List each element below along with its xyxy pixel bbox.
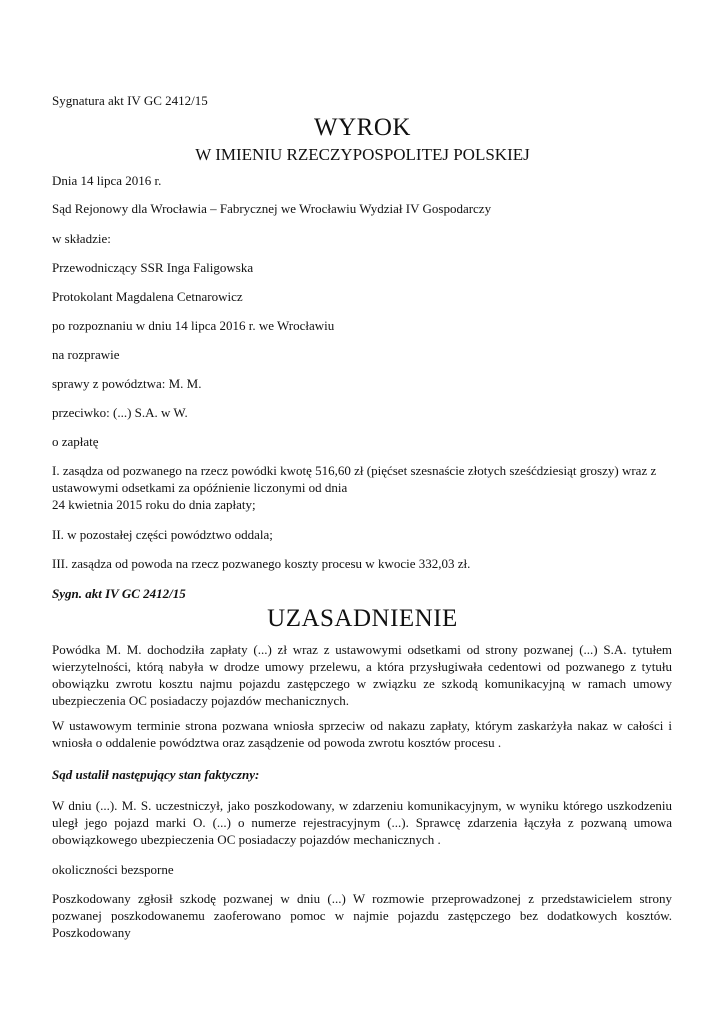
ruling-2: II. w pozostałej części powództwo oddala… xyxy=(52,526,273,543)
composition-label: w składzie: xyxy=(52,230,111,247)
case-subject: o zapłatę xyxy=(52,433,99,450)
court-name: Sąd Rejonowy dla Wrocławia – Fabrycznej … xyxy=(52,200,491,217)
document-title: WYROK xyxy=(0,114,725,142)
justification-paragraph-1: Powódka M. M. dochodziła zapłaty (...) z… xyxy=(52,641,672,709)
ruling-1-line-1: I. zasądza od pozwanego na rzecz powódki… xyxy=(52,462,656,479)
undisputed-note: okoliczności bezsporne xyxy=(52,861,174,878)
justification-paragraph-4: Poszkodowany zgłosił szkodę pozwanej w d… xyxy=(52,890,672,941)
case-signature: Sygnatura akt IV GC 2412/15 xyxy=(52,92,208,109)
presiding-judge: Przewodniczący SSR Inga Faligowska xyxy=(52,259,253,276)
hearing-info: po rozpoznaniu w dniu 14 lipca 2016 r. w… xyxy=(52,317,334,334)
hearing-type: na rozprawie xyxy=(52,346,120,363)
facts-heading: Sąd ustalił następujący stan faktyczny: xyxy=(52,766,259,783)
court-clerk: Protokolant Magdalena Cetnarowicz xyxy=(52,288,243,305)
ruling-1-line-3: 24 kwietnia 2015 roku do dnia zapłaty; xyxy=(52,496,256,513)
ruling-3: III. zasądza od powoda na rzecz pozwaneg… xyxy=(52,555,470,572)
justification-paragraph-2: W ustawowym terminie strona pozwana wnio… xyxy=(52,717,672,751)
document-page: Sygnatura akt IV GC 2412/15 WYROK W IMIE… xyxy=(0,0,725,1024)
justification-paragraph-3: W dniu (...). M. S. uczestniczył, jako p… xyxy=(52,797,672,848)
plaintiff: sprawy z powództwa: M. M. xyxy=(52,375,201,392)
justification-title: UZASADNIENIE xyxy=(0,605,725,633)
ruling-1-line-2: ustawowymi odsetkami za opóźnienie liczo… xyxy=(52,479,347,496)
defendant: przeciwko: (...) S.A. w W. xyxy=(52,404,188,421)
document-subtitle: W IMIENIU RZECZYPOSPOLITEJ POLSKIEJ xyxy=(0,145,725,165)
verdict-date: Dnia 14 lipca 2016 r. xyxy=(52,172,161,189)
justification-signature: Sygn. akt IV GC 2412/15 xyxy=(52,585,186,602)
